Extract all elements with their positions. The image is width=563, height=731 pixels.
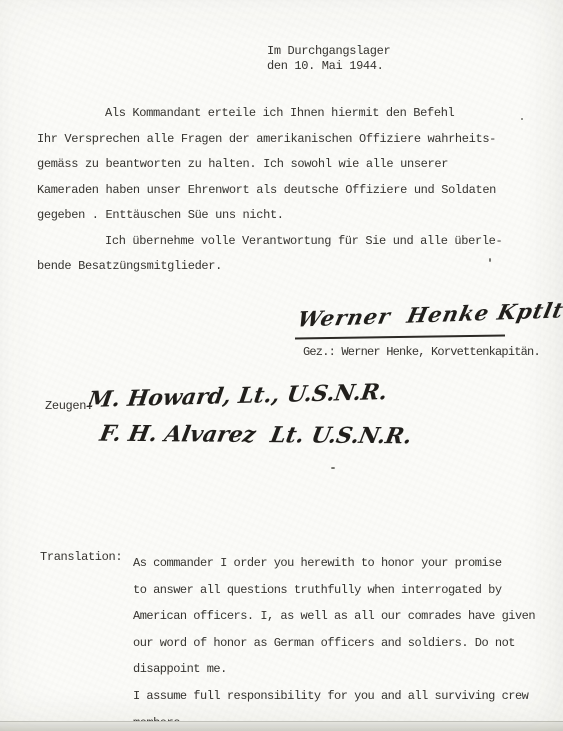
paper-speck xyxy=(521,118,523,120)
translation-body: As commander I order you herewith to hon… xyxy=(133,550,535,731)
signature-underline xyxy=(295,335,505,340)
scanned-letter-page: Im Durchgangslager den 10. Mai 1944. Als… xyxy=(0,0,563,731)
german-line: Ich übernehme volle Verantwortung für Si… xyxy=(37,229,502,255)
german-line: gegeben . Enttäuschen Süe uns nicht. xyxy=(37,203,502,229)
date-line: den 10. Mai 1944. xyxy=(267,59,390,74)
witness-signature-howard: M. Howard, Lt., U.S.N.R. xyxy=(86,379,389,413)
translation-line: American officers. I, as well as all our… xyxy=(133,603,535,630)
german-line: Kameraden haben unser Ehrenwort als deut… xyxy=(37,178,502,204)
location-line: Im Durchgangslager xyxy=(267,44,390,59)
scan-bottom-edge-shadow xyxy=(0,721,563,731)
translation-line: our word of honor as German officers and… xyxy=(133,630,535,657)
paper-speck xyxy=(331,467,335,469)
witness-signature-alvarez: F. H. Alvarez Lt. U.S.N.R. xyxy=(98,421,414,450)
translation-label: Translation: xyxy=(40,550,122,564)
translation-line: As commander I order you herewith to hon… xyxy=(133,550,535,577)
translation-line: to answer all questions truthfully when … xyxy=(133,577,535,604)
typed-signature-line: Gez.: Werner Henke, Korvettenkapitän. xyxy=(303,345,540,359)
german-body-paragraph: Als Kommandant erteile ich Ihnen hiermit… xyxy=(37,101,502,280)
german-line: gemäss zu beantworten zu halten. Ich sow… xyxy=(37,152,502,178)
german-line: Als Kommandant erteile ich Ihnen hiermit… xyxy=(37,101,502,127)
translation-line: disappoint me. xyxy=(133,656,535,683)
paper-speck xyxy=(489,258,491,262)
henke-handwritten-signature: Werner Henke Kptlt xyxy=(295,297,563,331)
translation-line: I assume full responsibility for you and… xyxy=(133,683,535,710)
letterhead-block: Im Durchgangslager den 10. Mai 1944. xyxy=(267,44,390,74)
german-line: Ihr Versprechen alle Fragen der amerikan… xyxy=(37,127,502,153)
german-line: bende Besatzüngsmitglieder. xyxy=(37,254,502,280)
